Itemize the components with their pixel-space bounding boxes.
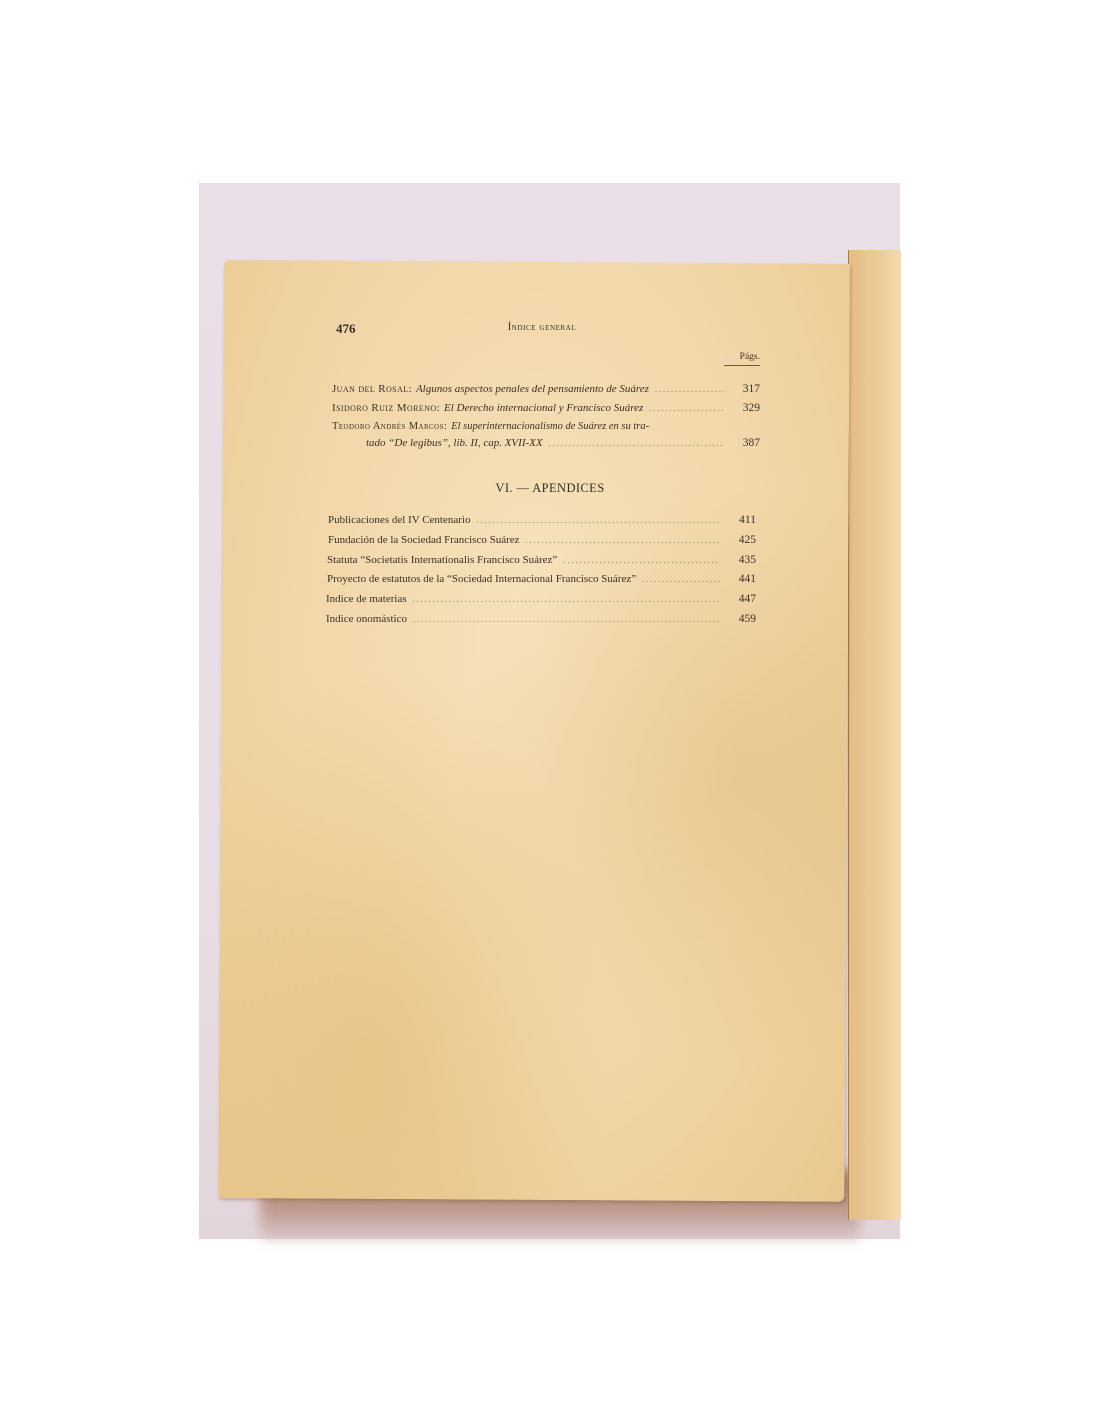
toc-title: Proyecto de estatutos de la “Sociedad In… bbox=[327, 573, 636, 585]
toc-title: Indice onomástico bbox=[326, 613, 407, 625]
toc-page-number: 387 bbox=[730, 437, 760, 449]
toc-entry: Fundación de la Sociedad Francisco Suáre… bbox=[328, 534, 756, 546]
toc-entry: Isidoro Ruiz Moreno: El Derecho internac… bbox=[332, 402, 760, 414]
toc-title-continuation: tado “De legibus”, lib. II, cap. XVII-XX bbox=[366, 437, 543, 449]
section-heading: VI. — APENDICES bbox=[470, 481, 630, 496]
toc-author: Juan del Rosal: bbox=[332, 383, 412, 395]
toc-entry: Publicaciones del IV Centenario 411 bbox=[328, 514, 756, 526]
toc-entry: Indice onomástico 459 bbox=[326, 613, 756, 625]
toc-page-number: 329 bbox=[730, 402, 760, 414]
toc-entry-continuation: tado “De legibus”, lib. II, cap. XVII-XX… bbox=[366, 437, 760, 449]
leader-dots bbox=[549, 439, 724, 448]
toc-entry: Statuta “Societatis Internationalis Fran… bbox=[327, 554, 756, 566]
toc-title: Publicaciones del IV Centenario bbox=[328, 514, 470, 526]
leader-dots bbox=[413, 595, 720, 604]
toc-title: Statuta “Societatis Internationalis Fran… bbox=[327, 554, 557, 566]
toc-entry: Teodoro Andrés Marcos: El superinternaci… bbox=[332, 421, 722, 432]
toc-page-number: 441 bbox=[726, 573, 756, 585]
toc-page-number: 459 bbox=[726, 613, 756, 625]
toc-page-number: 447 bbox=[726, 593, 756, 605]
toc-author: Isidoro Ruiz Moreno: bbox=[332, 402, 440, 414]
running-title: Índice general bbox=[442, 322, 642, 333]
toc-page-number: 411 bbox=[726, 514, 756, 526]
leader-dots bbox=[413, 615, 720, 624]
facing-page-edge bbox=[848, 250, 901, 1220]
toc-title: El Derecho internacional y Francisco Suá… bbox=[444, 402, 643, 414]
pages-column-label: Págs. bbox=[724, 352, 760, 366]
leader-dots bbox=[649, 404, 724, 413]
toc-title: Fundación de la Sociedad Francisco Suáre… bbox=[328, 534, 520, 546]
toc-entry: Juan del Rosal: Algunos aspectos penales… bbox=[332, 383, 760, 395]
toc-entry: Proyecto de estatutos de la “Sociedad In… bbox=[327, 573, 756, 585]
leader-dots bbox=[642, 575, 720, 584]
toc-entry: Indice de materias 447 bbox=[326, 593, 756, 605]
toc-author: Teodoro Andrés Marcos: bbox=[332, 421, 447, 432]
leader-dots bbox=[476, 516, 720, 525]
toc-title: Indice de materias bbox=[326, 593, 407, 605]
toc-title: Algunos aspectos penales del pensamiento… bbox=[416, 383, 649, 395]
toc-page-number: 435 bbox=[726, 554, 756, 566]
toc-title: El superinternacionalismo de Suárez en s… bbox=[451, 421, 649, 432]
leader-dots bbox=[526, 536, 720, 545]
page-number: 476 bbox=[336, 321, 356, 337]
leader-dots bbox=[563, 556, 720, 565]
toc-page-number: 425 bbox=[726, 534, 756, 546]
toc-page-number: 317 bbox=[730, 383, 760, 395]
running-head: 476 Índice general bbox=[336, 321, 761, 339]
leader-dots bbox=[655, 385, 724, 394]
